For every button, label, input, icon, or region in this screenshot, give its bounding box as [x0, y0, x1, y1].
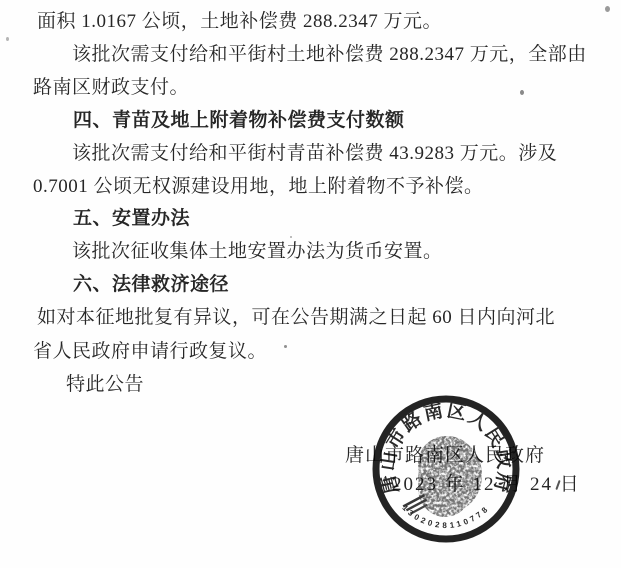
- doc-line-monetary-resettlement: 该批次征收集体土地安置办法为货币安置。: [72, 242, 443, 262]
- scan-speck: [6, 37, 9, 41]
- scan-speck: [290, 236, 292, 238]
- scan-speck: [284, 345, 287, 348]
- doc-line-no-compensation: 0.7001 公顷无权源建设用地，地上附着物不予补偿。: [33, 177, 484, 197]
- scan-speck: [605, 6, 610, 12]
- doc-line-crop-compensation: 该批次需支付给和平街村青苗补偿费 43.9283 万元。涉及: [72, 144, 557, 164]
- scanned-announcement-page: 面积 1.0167 公顷，土地补偿费 288.2347 万元。 该批次需支付给和…: [0, 0, 621, 568]
- official-seal: 唐山市路南区人民政府 1302028110778: [366, 389, 526, 549]
- doc-line-area-compensation: 面积 1.0167 公顷，土地补偿费 288.2347 万元。: [37, 12, 442, 32]
- doc-line-hereby-announced: 特此公告: [66, 375, 144, 395]
- section-heading-6-legal-remedy: 六、法律救济途径: [73, 275, 229, 295]
- national-emblem-icon: [418, 436, 482, 517]
- scan-speck: [520, 90, 524, 95]
- doc-line-finance-pay: 路南区财政支付。: [33, 78, 189, 98]
- doc-line-administrative-review: 省人民政府申请行政复议。: [33, 342, 267, 362]
- doc-line-objection-60days: 如对本征地批复有异议，可在公告期满之日起 60 日内向河北: [37, 308, 555, 328]
- section-heading-4-crops: 四、青苗及地上附着物补偿费支付数额: [73, 111, 405, 131]
- section-heading-5-resettlement: 五、安置办法: [73, 209, 190, 229]
- doc-line-payment-village: 该批次需支付给和平街村土地补偿费 288.2347 万元，全部由: [72, 45, 587, 65]
